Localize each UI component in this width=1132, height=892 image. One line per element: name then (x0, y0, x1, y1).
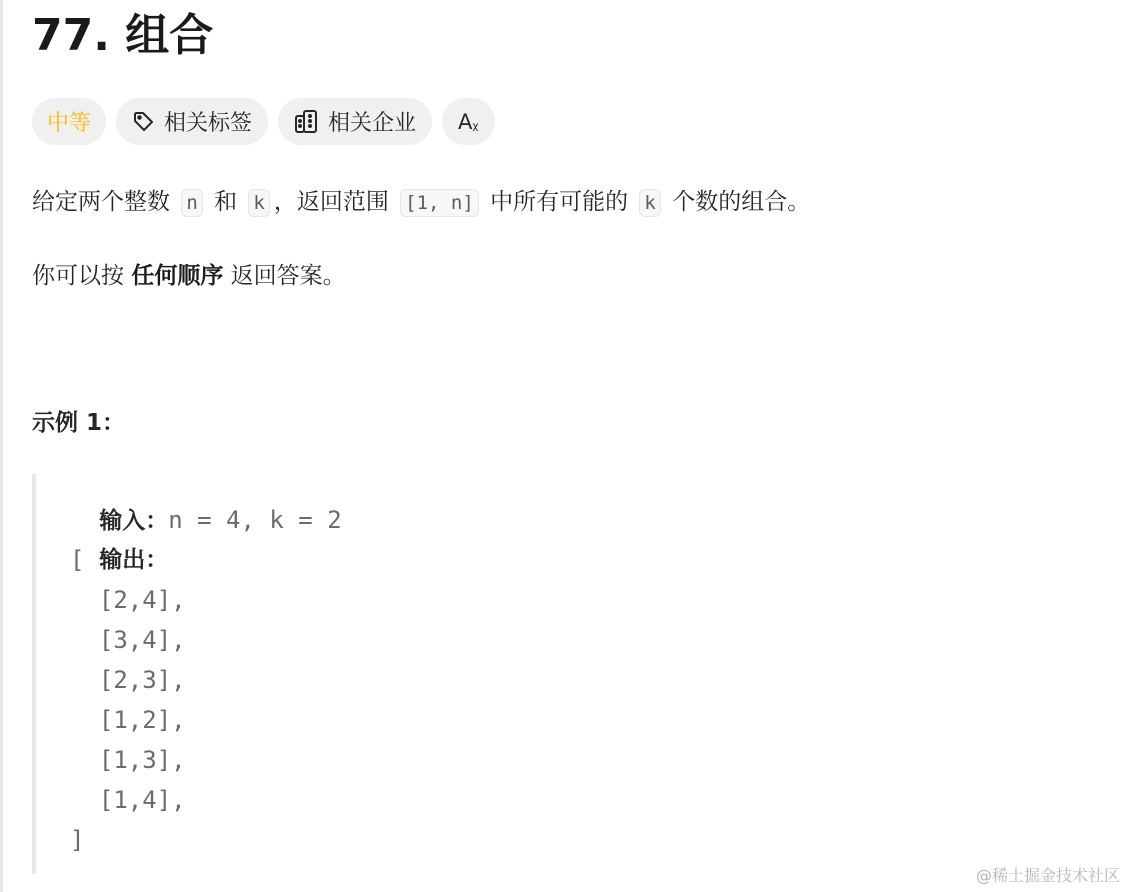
output-line: [3,4], (70, 620, 632, 660)
related-companies-button[interactable]: 相关企业 (278, 98, 432, 145)
related-tags-label: 相关标签 (164, 106, 252, 137)
difficulty-badge: 中等 (32, 98, 106, 145)
watermark: @稀土掘金技术社区 (976, 863, 1120, 886)
description-paragraph-1: 给定两个整数 n 和 k，返回范围 [1, n] 中所有可能的 k 个数的组合。 (32, 182, 810, 223)
related-tags-button[interactable]: 相关标签 (116, 98, 268, 145)
inline-code-k: k (639, 189, 660, 217)
building-icon (294, 109, 320, 135)
output-line: [2,3], (70, 660, 632, 700)
translate-icon: Aᵪ (458, 110, 479, 134)
example-1-block: 输入：n = 4, k = 2 输出： [ [2,4], [3,4], [2,3… (32, 474, 632, 874)
output-line: [1,2], (70, 700, 632, 740)
inline-code-k: k (248, 189, 269, 217)
output-line: ] (70, 820, 632, 860)
inline-code-n: n (181, 189, 202, 217)
left-border (0, 0, 3, 892)
related-companies-label: 相关企业 (328, 106, 416, 137)
output-line: [1,3], (70, 740, 632, 780)
tag-icon (132, 110, 156, 134)
output-label: 输出： (99, 547, 168, 573)
example-1-title: 示例 1： (32, 404, 125, 437)
input-label: 输入： (99, 508, 168, 534)
inline-code-range: [1, n] (400, 189, 479, 217)
output-line: [1,4], (70, 780, 632, 820)
output-line: [2,4], (70, 580, 632, 620)
translate-button[interactable]: Aᵪ (442, 98, 495, 145)
tag-bar: 中等 相关标签 相关企业 Aᵪ (32, 98, 495, 145)
input-value: n = 4, k = 2 (168, 506, 341, 534)
emphasis-any-order: 任何顺序 (131, 263, 223, 289)
problem-title: 77. 组合 (32, 6, 213, 66)
description-paragraph-2: 你可以按 任何顺序 返回答案。 (32, 256, 346, 296)
